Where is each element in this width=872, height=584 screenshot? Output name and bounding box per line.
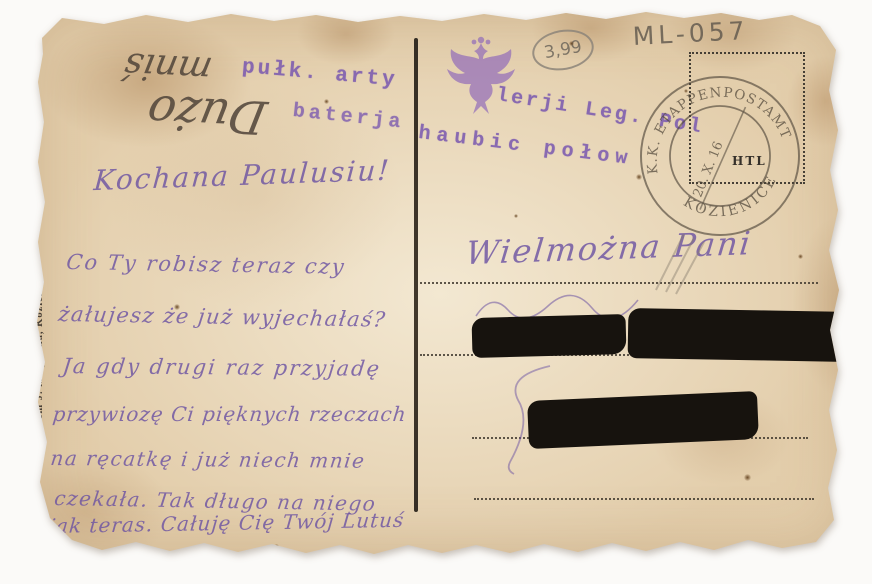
message-line: przywiozę Ci pięknych rzeczach bbox=[51, 402, 408, 426]
address-salutation: Wielmożna Pani bbox=[464, 224, 754, 272]
stain-speck bbox=[684, 89, 688, 93]
divider-line bbox=[414, 38, 418, 512]
postcard: Dużo mniś x4 Nakładem J. Milgroma, Kozie… bbox=[26, 6, 854, 560]
stamp-box-label: HTL bbox=[732, 154, 767, 168]
postmark-ring-bottom: KOZIENICE bbox=[678, 169, 788, 233]
svg-text:KOZIENICE: KOZIENICE bbox=[678, 169, 788, 233]
unit-stamp-line2-right: haubic połow bbox=[417, 122, 634, 171]
stain-speck bbox=[798, 254, 803, 259]
message-line: Co Ty robisz teraz czy bbox=[65, 250, 347, 279]
scan-background: { "palette": { "paper": "#e9d9bc", "ink_… bbox=[0, 0, 872, 584]
stain-speck bbox=[324, 99, 329, 104]
message-line: na ręcatkę i już niech mnie bbox=[49, 446, 367, 473]
message-line: żałujesz że już wyjechałaś? bbox=[57, 302, 388, 332]
message-line: jak teras. Całuję Cię Twój Lutuś bbox=[48, 508, 406, 538]
eagle-stamp-icon bbox=[440, 34, 522, 118]
stain-speck bbox=[569, 41, 574, 46]
stain-speck bbox=[174, 304, 180, 310]
stain-speck bbox=[744, 474, 751, 481]
address-dotted-line bbox=[474, 498, 814, 500]
message-line: Ja gdy drugi raz przyjadę bbox=[61, 354, 382, 381]
catalog-code: ML-057 bbox=[632, 16, 749, 51]
redaction-block bbox=[628, 308, 851, 362]
redaction-block bbox=[527, 391, 759, 449]
publisher-imprint: Nakładem J. Milgroma, Kozienice. bbox=[34, 182, 45, 458]
stain-speck bbox=[514, 214, 518, 218]
postcard-wrap: Dużo mniś x4 Nakładem J. Milgroma, Kozie… bbox=[26, 6, 854, 560]
pencil-scribble bbox=[648, 228, 710, 300]
stain-speck bbox=[636, 174, 642, 180]
redaction-block bbox=[472, 314, 627, 358]
stain-speck bbox=[274, 544, 279, 549]
message-greeting: Kochana Paulusiu! bbox=[93, 154, 392, 197]
price-circle: 3,99 bbox=[529, 25, 597, 75]
address-dotted-line bbox=[420, 282, 818, 284]
price-value: 3,99 bbox=[543, 37, 584, 63]
edge-mark: x4 bbox=[23, 110, 43, 129]
